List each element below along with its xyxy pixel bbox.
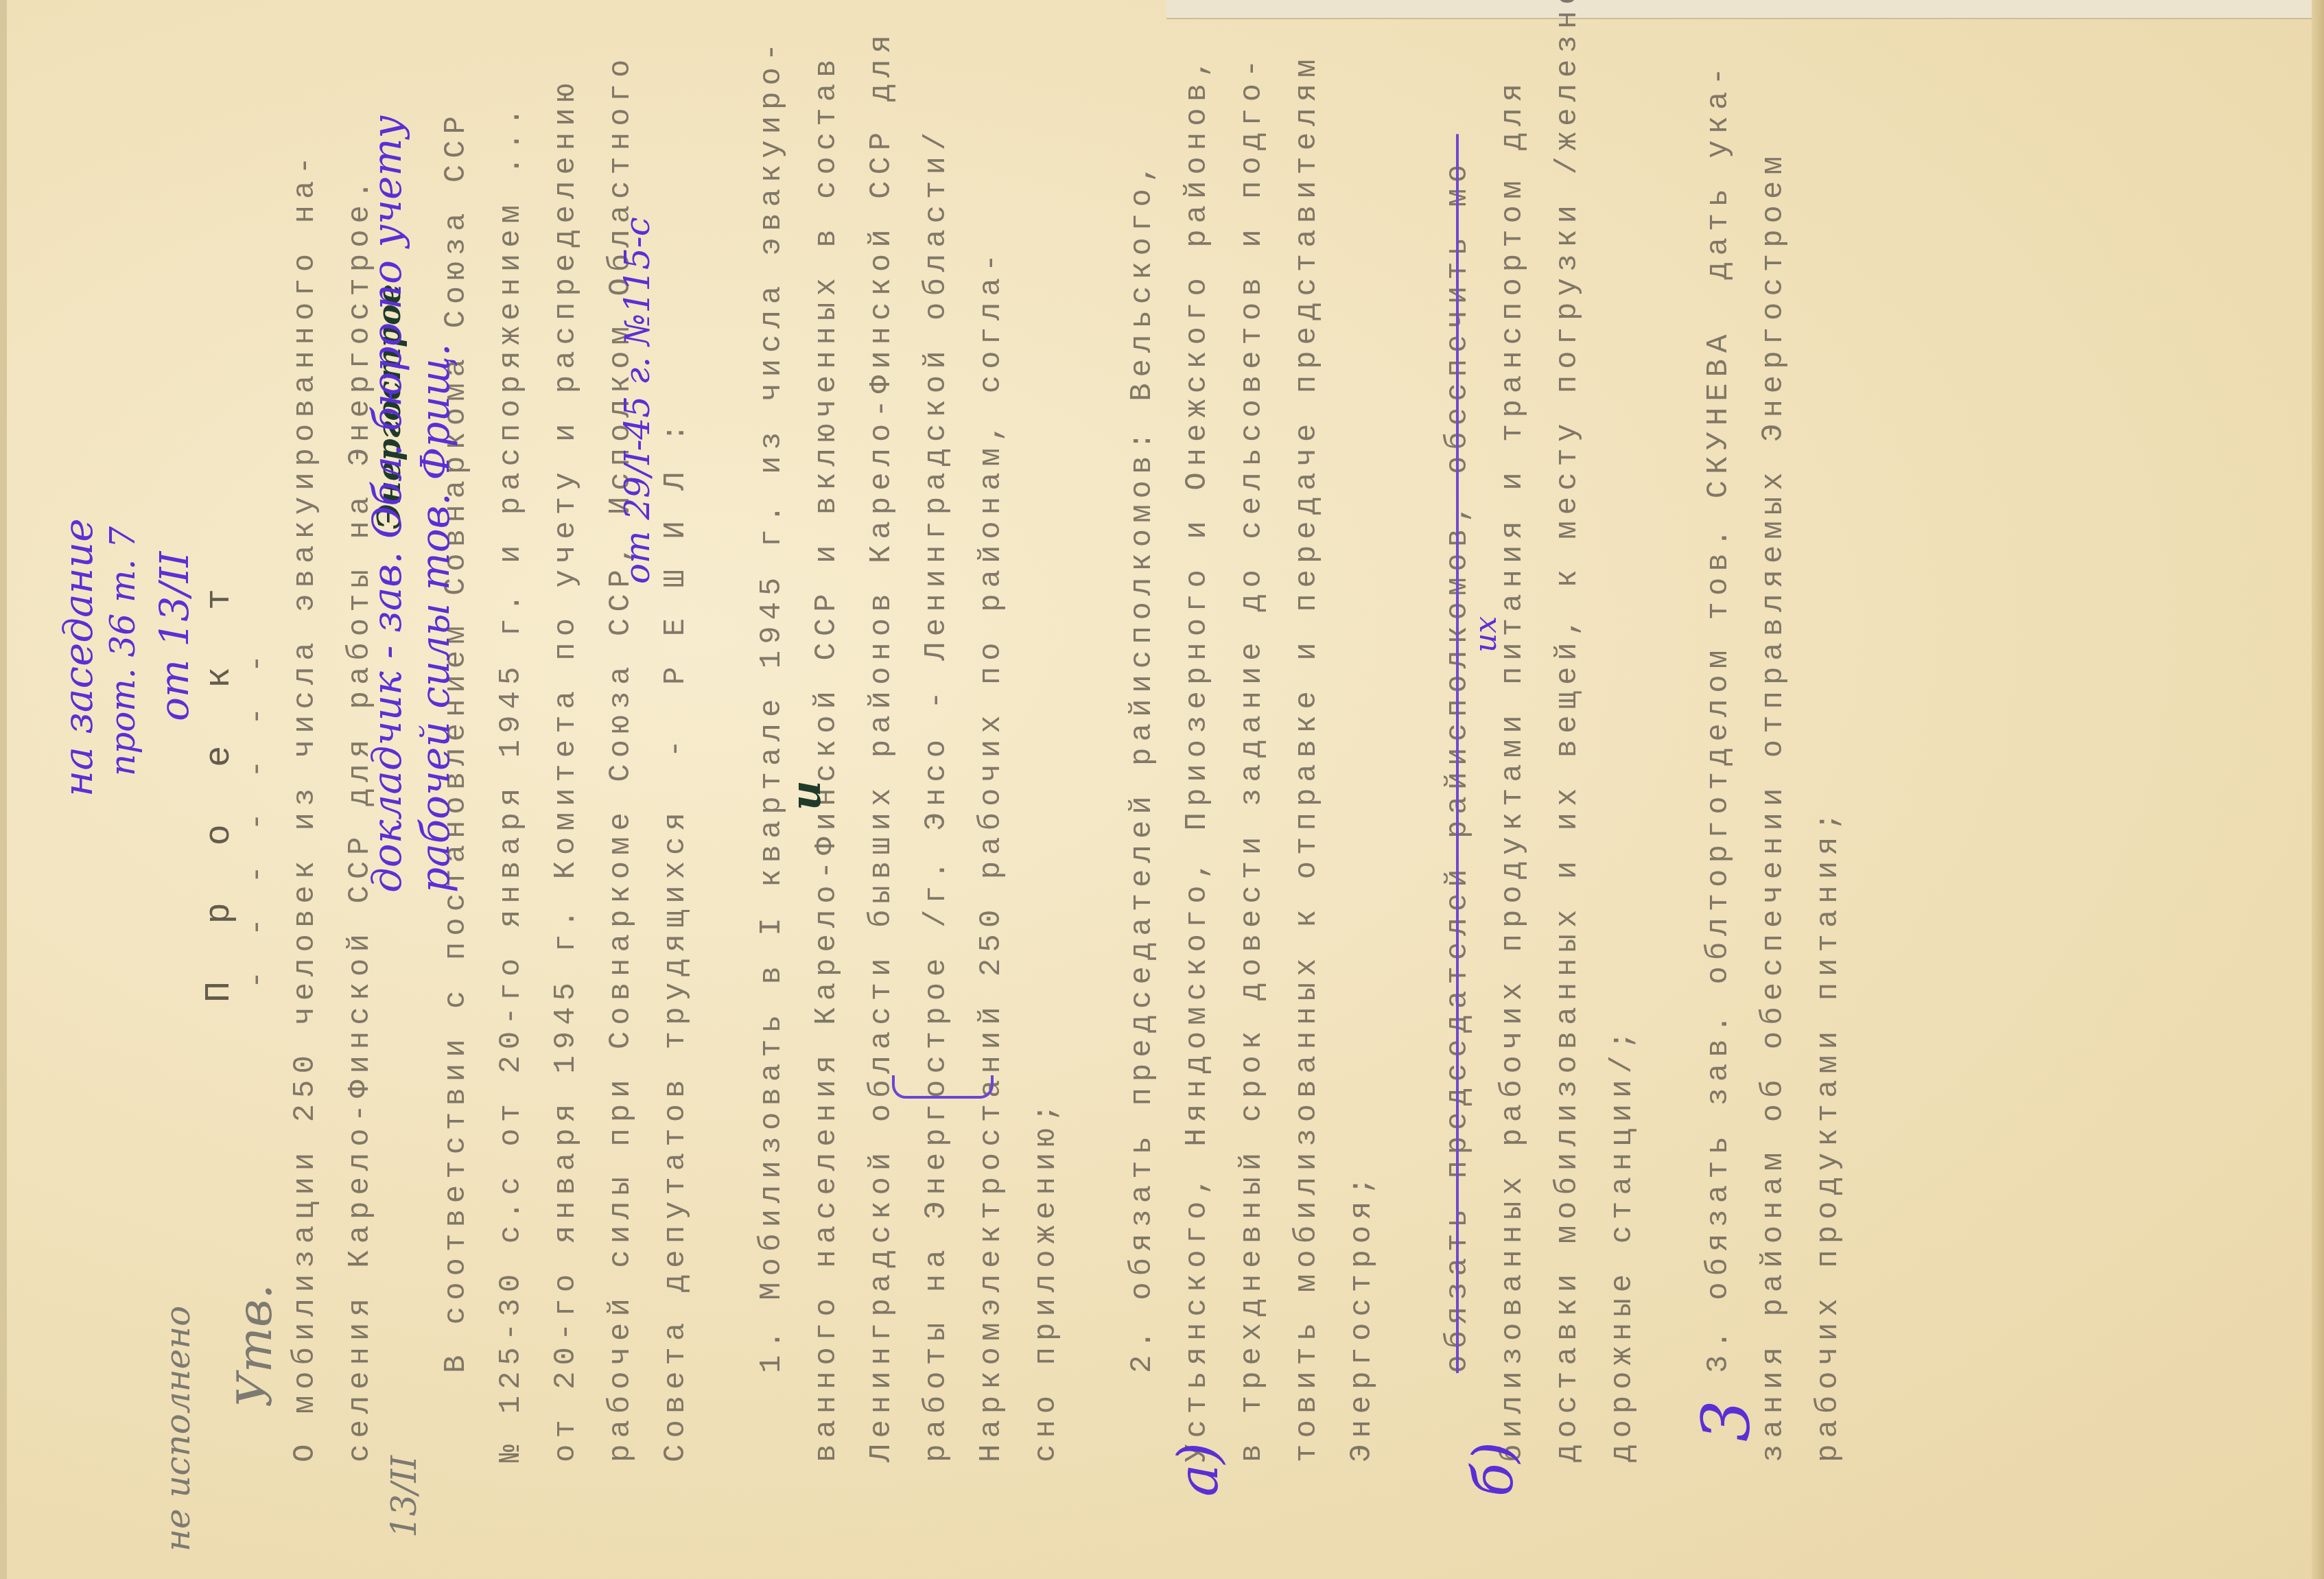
para3-line-1: 3. обязать зав. облторготделом тов. СКУН… (1702, 61, 1736, 1373)
para1-line-1: 1. Мобилизовать в I квартале 1945 г. из … (755, 37, 789, 1373)
marker-b: б) (1462, 1442, 1525, 1497)
preamble-line-3: от 20-го января 1945 г. Комитета по учет… (549, 78, 583, 1462)
para1-line-6: сно приложению; (1029, 1098, 1064, 1462)
para2b-line-1: обязать председателей райисполкомов, обе… (1441, 134, 1475, 1373)
handwritten-margin-3: от 13/II (151, 551, 198, 721)
title-line-1: О мобилизации 250 человек из числа эваку… (288, 150, 322, 1462)
para3-line-3: рабочих продуктами питания; (1811, 806, 1846, 1462)
preamble-line-2: № 125-30 с.с от 20-го января 1945 г. и р… (494, 102, 528, 1462)
para2b-line-2: билизованных рабочих продуктами питания … (1496, 78, 1530, 1462)
para1-line-3: Ленинградской области бывших районов Кар… (865, 29, 899, 1462)
para2b-line-4: дорожные станции/; (1606, 1025, 1640, 1462)
handwritten-margin-2: прот. 36 т. 7 (103, 526, 143, 776)
para2-line-3: в трехдневный срок довести задание до се… (1235, 54, 1269, 1462)
rotated-text-area: П р о е к т - - - - - - - О мобилизации … (0, 0, 2324, 1579)
handwritten-insert-ih: их (1468, 616, 1503, 653)
marker-3: 3 (1688, 1400, 1765, 1442)
para1-line-5: Наркомэлектростаний 250 рабочих по район… (974, 248, 1009, 1462)
handwritten-order-ref: от 29/I-45 г. №115-с (618, 217, 657, 584)
pencil-note: не исполнено (158, 1306, 198, 1552)
para3-line-2: зания районам об обеспечении отправляемы… (1757, 150, 1791, 1462)
para2b-line-3: доставки мобилизованных и их вещей, к ме… (1551, 0, 1585, 1462)
handwritten-margin-1: на заседание (55, 519, 102, 797)
document-page: П р о е к т - - - - - - - О мобилизации … (0, 0, 2324, 1579)
insertion-bracket (892, 1075, 994, 1099)
para2-line-4: товить мобилизованных к отправке и перед… (1290, 54, 1324, 1462)
handwritten-insert-i: и (782, 780, 830, 810)
preamble-line-5: Совета депутатов трудящихся - Р Е Ш И Л … (659, 418, 693, 1462)
pencil-date: 13/II (384, 1455, 424, 1538)
para2-line-5: Энергостроя; (1345, 1171, 1379, 1462)
handwritten-reporter-line-1: докладчик - зав. Обл. бюро по учету (364, 115, 410, 893)
document-heading: П р о е к т (199, 571, 239, 1003)
para2-line-2: Устьянского, Няндомского, Приозерного и … (1180, 54, 1214, 1462)
handwritten-reporter-line-2: рабочей силы тов. Фрищ. (412, 344, 458, 893)
para1-line-4: работы на Энергострое /г. Энсо - Ленингр… (919, 126, 954, 1462)
para2-line-1: 2. обязать председателей райисполкомов: … (1125, 159, 1160, 1373)
para1-line-2: ванного населения Карело-Финской ССР и в… (810, 54, 844, 1462)
heading-rule: - - - - - - - (240, 646, 274, 989)
marker-a: а) (1166, 1442, 1230, 1497)
pencil-signature: Утв. (226, 1284, 283, 1407)
